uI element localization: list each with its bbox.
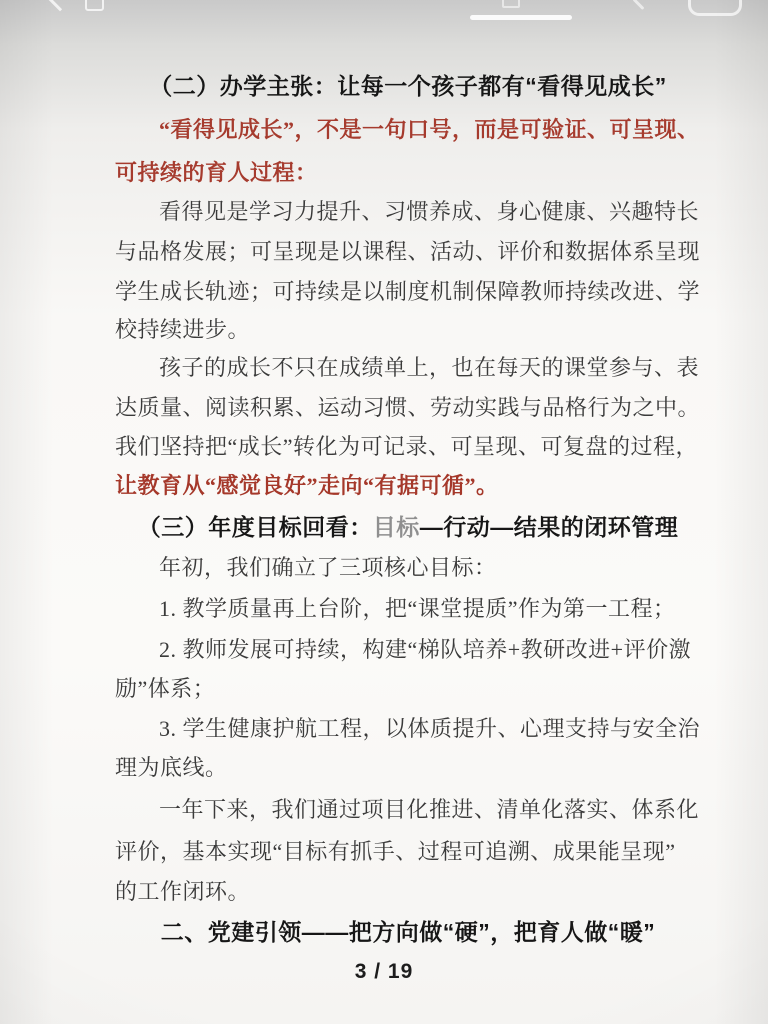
body-line: 一年下来，我们通过项目化推进、清单化落实、体系化 bbox=[115, 794, 745, 828]
body-line: 评价，基本实现“目标有抓手、过程可追溯、成果能呈现” bbox=[115, 836, 701, 870]
document-viewer-screenshot: （二）办学主张：让每一个孩子都有“看得见成长” “看得见成长”，不是一句口号，而… bbox=[0, 0, 768, 1024]
list-item-2: 2. 教师发展可持续，构建“梯队培养+教研改进+评价激 bbox=[115, 634, 745, 668]
list-item-2-cont: 励”体系； bbox=[115, 673, 701, 707]
red-intro-line: 可持续的育人过程： bbox=[115, 157, 701, 191]
list-item-3: 3. 学生健康护航工程，以体质提升、心理支持与安全治 bbox=[115, 713, 745, 747]
heading-3-faded-word: 目标 bbox=[373, 514, 420, 540]
body-line: 看得见是学习力提升、习惯养成、身心健康、兴趣特长 bbox=[115, 196, 745, 230]
pill-outline-icon[interactable] bbox=[688, 0, 742, 16]
body-line: 年初，我们确立了三项核心目标： bbox=[115, 552, 745, 586]
body-line: 校持续进步。 bbox=[115, 314, 701, 348]
search-icon[interactable] bbox=[632, 0, 644, 10]
body-line: 的工作闭环。 bbox=[115, 876, 701, 910]
copy-glyph-icon[interactable] bbox=[502, 0, 520, 8]
next-section-heading: 二、党建引领——把方向做“硬”，把育人做“暖” bbox=[115, 916, 701, 950]
body-line: 与品格发展；可呈现是以课程、活动、评价和数据体系呈现 bbox=[115, 236, 701, 270]
active-tab-underline bbox=[470, 15, 572, 20]
back-chevron-icon[interactable] bbox=[49, 0, 72, 11]
body-line: 孩子的成长不只在成绩单上，也在每天的课堂参与、表 bbox=[115, 352, 745, 386]
heading-3-prefix: （三）年度目标回看： bbox=[138, 514, 373, 540]
section-heading-2: （二）办学主张：让每一个孩子都有“看得见成长” bbox=[115, 70, 701, 104]
list-item-1: 1. 教学质量再上台阶，把“课堂提质”作为第一工程； bbox=[115, 593, 745, 627]
page-number: 3 / 19 bbox=[0, 956, 768, 990]
heading-3-rest: —行动—结果的闭环管理 bbox=[420, 514, 679, 540]
red-intro-line: “看得见成长”，不是一句口号，而是可验证、可呈现、 bbox=[115, 114, 745, 148]
body-line: 达质量、阅读积累、运动习惯、劳动实践与品格行为之中。 bbox=[115, 392, 701, 426]
square-icon[interactable] bbox=[85, 0, 104, 11]
body-line: 我们坚持把“成长”转化为可记录、可呈现、可复盘的过程， bbox=[115, 431, 701, 465]
body-line: 学生成长轨迹；可持续是以制度机制保障教师持续改进、学 bbox=[115, 276, 701, 310]
list-item-3-cont: 理为底线。 bbox=[115, 752, 701, 786]
red-emphasis-line: 让教育从“感觉良好”走向“有据可循”。 bbox=[115, 470, 701, 504]
section-heading-3: （三）年度目标回看：目标—行动—结果的闭环管理 bbox=[115, 511, 701, 545]
